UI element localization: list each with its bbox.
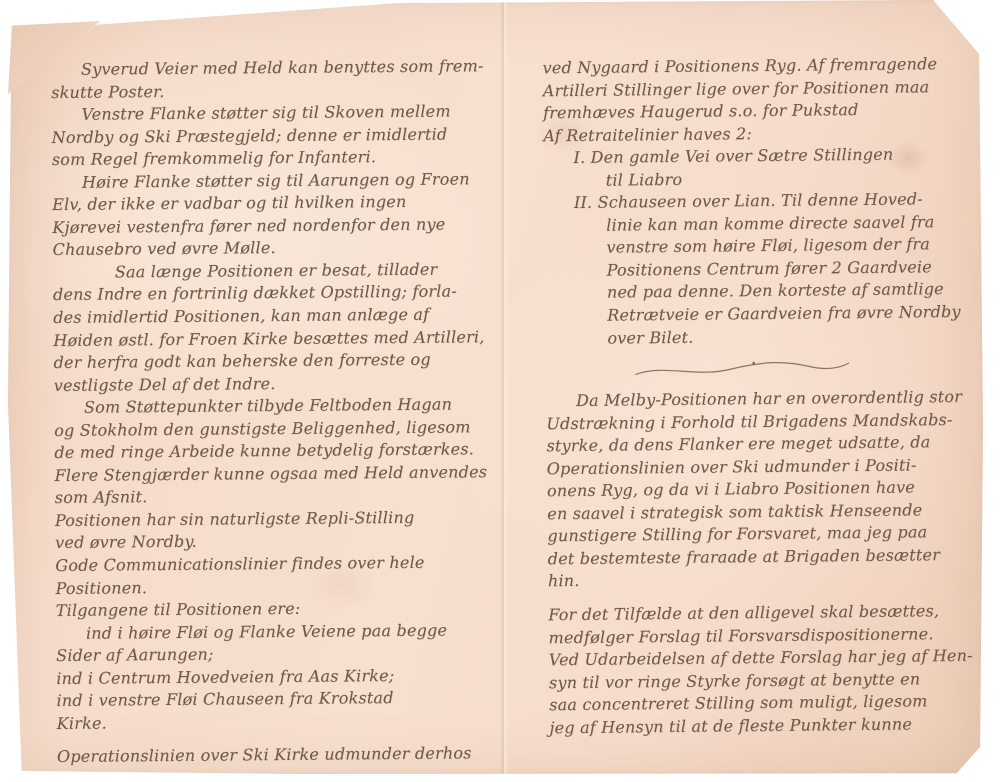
section-divider xyxy=(634,355,982,383)
manuscript-line: Retrætveie er Gaardveien fra øvre Nordby xyxy=(545,301,981,328)
manuscript-line: dens Indre en fortrinlig dækket Opstilli… xyxy=(53,281,505,307)
manuscript-page-left: Syverud Veier med Held kan benyttes som … xyxy=(51,55,509,769)
manuscript-line: saa concentreret Stilling som muligt, li… xyxy=(549,690,985,717)
manuscript-page-right: ved Nygaard i Positionens Ryg. Af fremra… xyxy=(542,53,985,740)
manuscript-line: Flere Stengjærder kunne ogsaa med Held a… xyxy=(54,461,506,487)
manuscript-line: Kirke. xyxy=(57,709,509,735)
manuscript-line: Operationslinien over Ski Kirke udmunder… xyxy=(57,742,509,768)
manuscript-line: Artilleri Stillinger lige over for Posit… xyxy=(543,75,979,102)
paper-sheet: Syverud Veier med Held kan benyttes som … xyxy=(6,0,984,774)
manuscript-line: styrke, da dens Flanker ere meget udsatt… xyxy=(546,431,982,458)
manuscript-line: jeg af Hensyn til at de fleste Punkter k… xyxy=(549,712,985,739)
manuscript-line: Kjørevei vestenfra fører ned nordenfor d… xyxy=(52,213,504,239)
manuscript-scan: Syverud Veier med Held kan benyttes som … xyxy=(0,0,1000,782)
manuscript-line: Syverud Veier med Held kan benyttes som … xyxy=(51,55,503,81)
manuscript-line: over Bilet. xyxy=(545,323,981,350)
manuscript-line: Nordby og Ski Præstegjeld; denne er imid… xyxy=(52,123,504,149)
manuscript-line: Høire Flanke støtter sig til Aarungen og… xyxy=(52,168,504,194)
manuscript-line: ind i høire Fløi og Flanke Veiene paa be… xyxy=(56,619,508,645)
divider-flourish-icon xyxy=(634,356,854,382)
manuscript-line: hin. xyxy=(548,566,984,593)
manuscript-line: Høiden østl. for Froen Kirke besættes me… xyxy=(53,326,505,352)
